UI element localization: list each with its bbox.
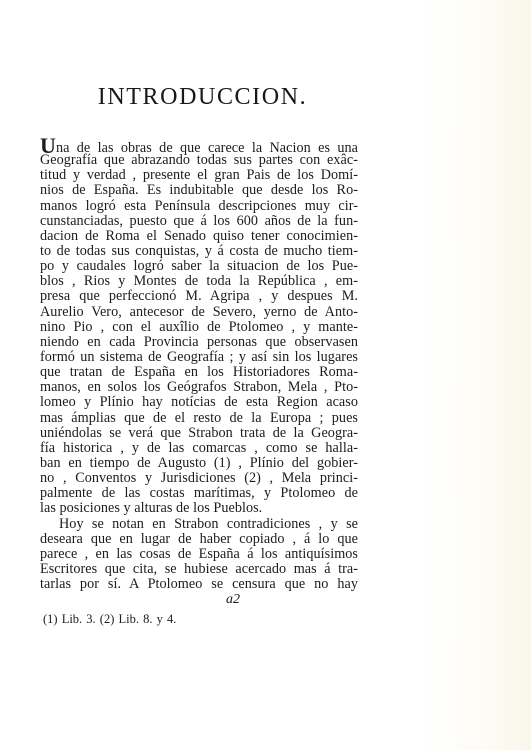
text-line: lomeo y Plínio hay notícias de esta Regi… — [40, 395, 358, 410]
text-line: Aurelio Vero, antecesor de Severo, yerno… — [40, 305, 358, 320]
page-title: INTRODUCCION. — [0, 84, 405, 111]
text-line: Escritores que cita, se hubiese acercado… — [40, 562, 358, 577]
signature-mark: a2 — [226, 592, 240, 608]
book-page: INTRODUCCION. Una de las obras de que ca… — [0, 0, 531, 750]
text-line: fía historica , y de las comarcas , como… — [40, 441, 358, 456]
text-line: palmente de las costas marítimas, y Ptol… — [40, 486, 358, 501]
text-line: nino Pio , con el auxîlio de Ptolomeo , … — [40, 320, 358, 335]
text-line: parece , en las cosas de España á los an… — [40, 547, 358, 562]
text-line: formó un sistema de Geografía ; y así si… — [40, 350, 358, 365]
body-text: Una de las obras de que carece la Nacion… — [40, 138, 358, 592]
text-line: Hoy se notan en Strabon contradiciones ,… — [40, 517, 358, 532]
text-line: niendo en cada Provincia personas que ob… — [40, 335, 358, 350]
text-line: tarlas por sí. A Ptolomeo se censura que… — [40, 577, 358, 592]
text-line: blos , Rios y Montes de toda la Repúblic… — [40, 274, 358, 289]
text-line: dacion de Roma el Senado quiso tener con… — [40, 229, 358, 244]
text-line: uniéndolas se verá que Strabon trata de … — [40, 426, 358, 441]
text-line: Una de las obras de que carece la Nacion… — [40, 138, 358, 153]
text-line: Geografía que abrazando todas sus partes… — [40, 153, 358, 168]
text-line: titud y verdad , presente el gran Pais d… — [40, 168, 358, 183]
text-line: manos, en solos los Geógrafos Strabon, M… — [40, 380, 358, 395]
text-line: to de todas sus conquistas, y á costa de… — [40, 244, 358, 259]
text-line: las posiciones y alturas de los Pueblos. — [40, 501, 358, 516]
text-line: presa que perfeccionó M. Agripa , y desp… — [40, 289, 358, 304]
text-line: ban en tiempo de Augusto (1) , Plínio de… — [40, 456, 358, 471]
footnote: (1) Lib. 3. (2) Lib. 8. y 4. — [43, 612, 176, 627]
text-line: po y caudales logró saber la situacion d… — [40, 259, 358, 274]
text-line: no , Conventos y Jurisdiciones (2) , Mel… — [40, 471, 358, 486]
text-line: nios de España. Es indubitable que desde… — [40, 183, 358, 198]
text-line: manos logró esta Península descripciones… — [40, 199, 358, 214]
text-line: deseara que en lugar de haber copiado , … — [40, 532, 358, 547]
text-line: cunstanciadas, puesto que á los 600 años… — [40, 214, 358, 229]
text-line: que tratan de España en los Historiadore… — [40, 365, 358, 380]
text-line: mas ámplias que de el resto de la Europa… — [40, 411, 358, 426]
